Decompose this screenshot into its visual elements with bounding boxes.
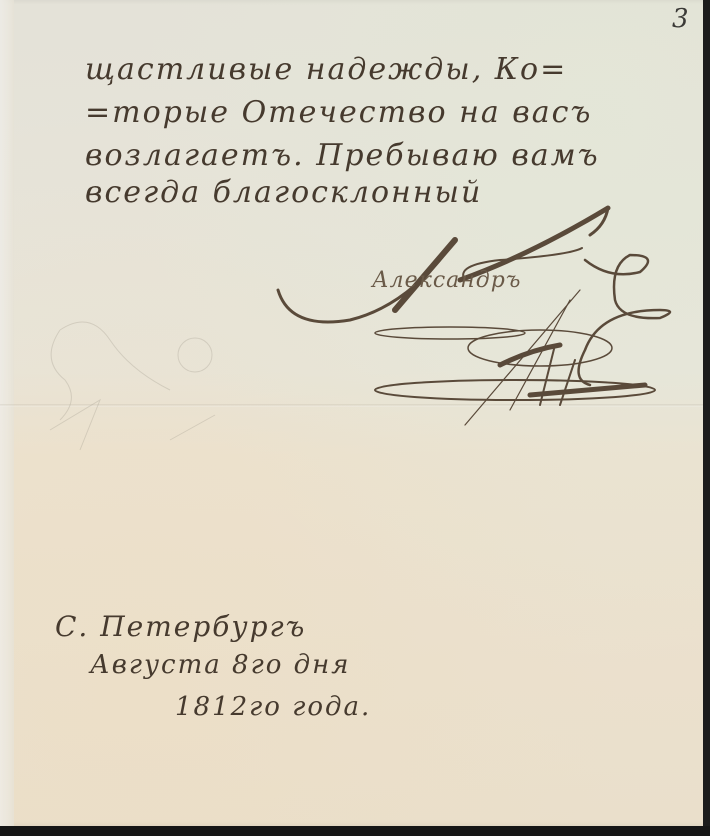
folio-number: 3	[672, 4, 689, 34]
place-line: С. Петербургъ	[55, 610, 306, 643]
letter-line-1: щастливые надежды, Ко=	[85, 52, 567, 87]
scan-border-bottom	[0, 826, 710, 836]
signature: Александръ	[372, 268, 521, 293]
letter-line-3: возлагаетъ. Пребываю вамъ	[85, 138, 600, 173]
watermark-icon	[20, 310, 220, 460]
scan-border-right	[703, 0, 710, 836]
letter-line-2: =торые Отечество на васъ	[85, 95, 592, 130]
page-left-edge	[0, 0, 14, 826]
signature-flourish-icon	[270, 200, 690, 440]
date-line: Августа 8го дня	[90, 650, 350, 680]
manuscript-page: 3 щастливые надежды, Ко= =торые Отечеств…	[0, 0, 703, 826]
year-line: 1812го года.	[175, 692, 371, 722]
